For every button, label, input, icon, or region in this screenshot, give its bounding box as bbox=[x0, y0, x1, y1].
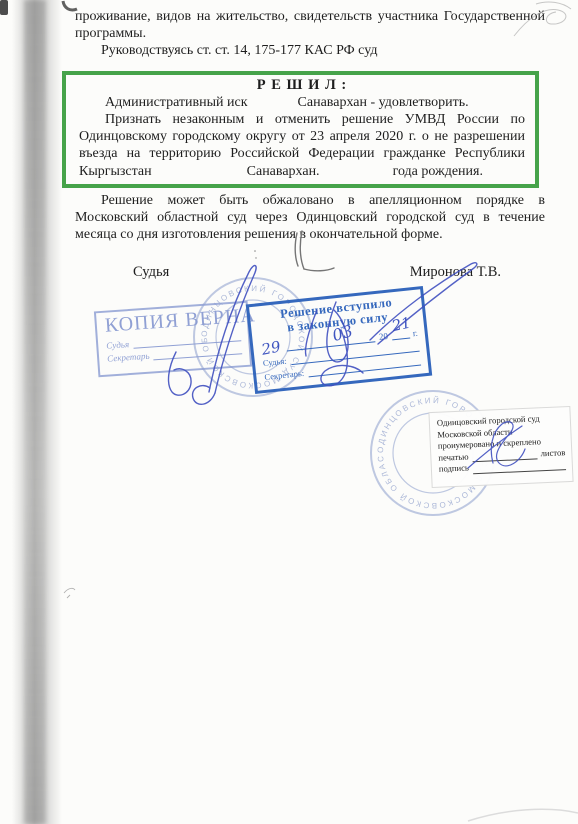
blank-line bbox=[153, 344, 242, 360]
appeal-line: месяца со дня изготовления решения в око… bbox=[75, 226, 545, 243]
resolution-claim-line: Административный иск Санавархан - удовле… bbox=[79, 94, 525, 111]
scanned-court-decision-page: ОДИНЦОВСКИЙ ГОРОДСКОЙ СУД МОСКОВСКОЙ ОБЛ… bbox=[0, 0, 578, 824]
resolution-body-line: въезда на территорию Российской Федераци… bbox=[79, 145, 525, 162]
judge-name: Миронова Т.В. bbox=[410, 264, 501, 281]
claim-left-text: Административный иск bbox=[105, 94, 248, 111]
force-secretary-label: Секретарь: bbox=[264, 368, 305, 382]
handwritten-day: 29 bbox=[261, 341, 282, 354]
document-body: проживание, видов на жительство, свидете… bbox=[75, 8, 545, 282]
year-suffix: г. bbox=[412, 328, 418, 338]
highlighted-resolution-box: Р Е Ш И Л : Административный иск Санавар… bbox=[62, 71, 539, 188]
claim-right-text: Санавархан - удовлетворить. bbox=[298, 94, 469, 111]
citizenship-word: Кыргызстан bbox=[79, 163, 152, 180]
binder-certification-stamp: Одинцовский городской суд Московской обл… bbox=[428, 406, 573, 488]
year-prefix: 20 bbox=[378, 331, 388, 342]
binder-sheets-label: листов bbox=[540, 447, 565, 460]
copy-verna-stamp: КОПИЯ ВЕРНА Судья Секретарь bbox=[94, 301, 252, 378]
appeal-line: Московский областной суд через Одинцовск… bbox=[75, 209, 545, 226]
intro-line: проживание, видов на жительство, свидете… bbox=[75, 8, 545, 25]
copy-judge-label: Судья bbox=[106, 339, 129, 351]
signature-row: Судья Миронова Т.В. bbox=[75, 264, 545, 281]
copy-secretary-label: Секретарь bbox=[107, 351, 150, 364]
judge-label: Судья bbox=[133, 264, 169, 281]
binder-signature-label: подпись bbox=[439, 463, 469, 476]
resolution-last-line: Кыргызстан Санавархан. года рождения. bbox=[79, 163, 525, 180]
handwritten-year: 21 bbox=[390, 314, 412, 336]
resolution-body-line: Одинцовскому городскому округу от 23 апр… bbox=[79, 128, 525, 145]
legal-force-stamp: Решение вступило в законную силу 29 20 г… bbox=[246, 286, 432, 394]
appeal-line: Решение может быть обжаловано в апелляци… bbox=[75, 192, 545, 209]
guided-by-line: Руководствуясь ст. ст. 14, 175-177 КАС Р… bbox=[75, 42, 545, 59]
blank-line bbox=[473, 461, 566, 474]
intro-line: программы. bbox=[75, 25, 545, 42]
resolution-heading: Р Е Ш И Л : bbox=[79, 77, 525, 94]
birth-word: года рождения. bbox=[393, 163, 483, 180]
resolution-body-line: Признать незаконным и отменить решение У… bbox=[79, 111, 525, 128]
name-word: Санавархан. bbox=[247, 163, 320, 180]
